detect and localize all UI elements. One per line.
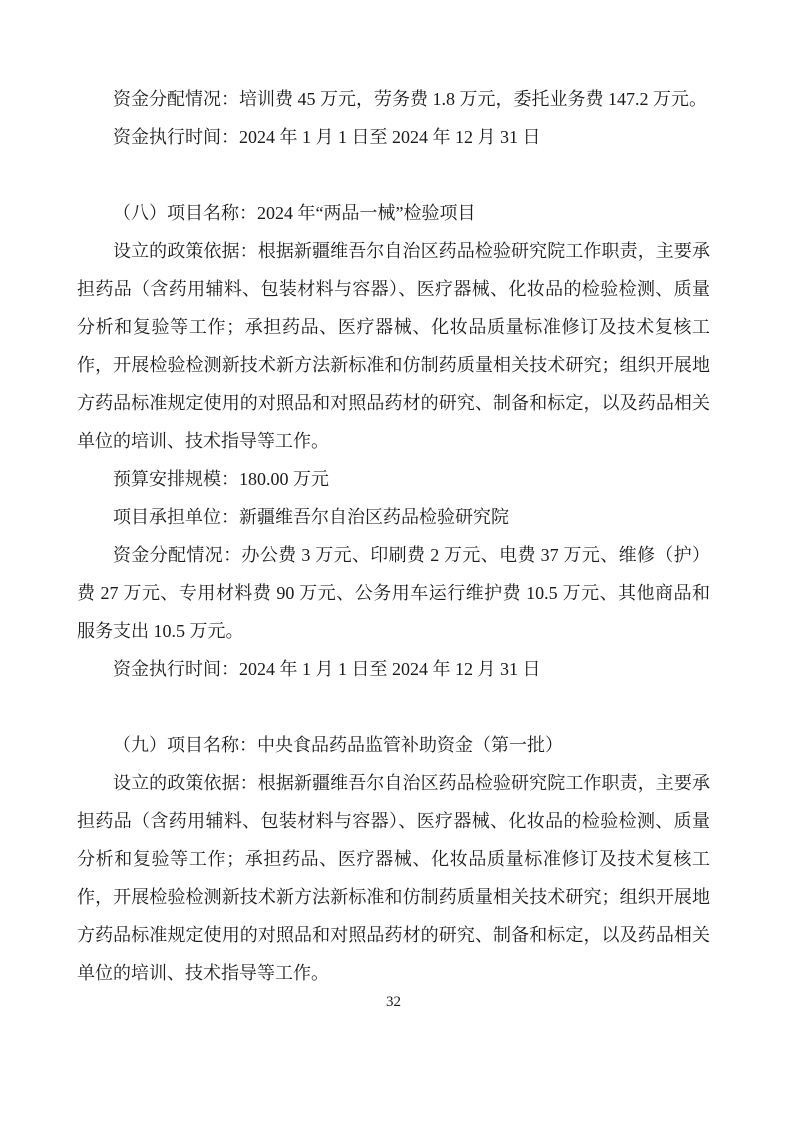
document-page: 资金分配情况：培训费 45 万元，劳务费 1.8 万元，委托业务费 147.2 … — [0, 0, 793, 1122]
page-number: 32 — [77, 992, 710, 1012]
fund-allocation-paragraph: 资金分配情况：培训费 45 万元，劳务费 1.8 万元，委托业务费 147.2 … — [77, 80, 710, 118]
project-8-fund-allocation-paragraph: 资金分配情况：办公费 3 万元、印刷费 2 万元、电费 37 万元、维修（护）费… — [77, 536, 710, 650]
project-9-title: （九）项目名称：中央食品药品监管补助资金（第一批） — [77, 726, 710, 764]
project-8-undertaking-unit-paragraph: 项目承担单位：新疆维吾尔自治区药品检验研究院 — [77, 498, 710, 536]
project-9-policy-basis-paragraph: 设立的政策依据：根据新疆维吾尔自治区药品检验研究院工作职责，主要承担药品（含药用… — [77, 764, 710, 992]
project-8-title: （八）项目名称：2024 年“两品一械”检验项目 — [77, 194, 710, 232]
project-8-policy-basis-paragraph: 设立的政策依据：根据新疆维吾尔自治区药品检验研究院工作职责，主要承担药品（含药用… — [77, 232, 710, 460]
fund-execution-period-paragraph: 资金执行时间：2024 年 1 月 1 日至 2024 年 12 月 31 日 — [77, 118, 710, 156]
project-8-budget-scale-paragraph: 预算安排规模：180.00 万元 — [77, 460, 710, 498]
project-8-fund-execution-period-paragraph: 资金执行时间：2024 年 1 月 1 日至 2024 年 12 月 31 日 — [77, 650, 710, 688]
